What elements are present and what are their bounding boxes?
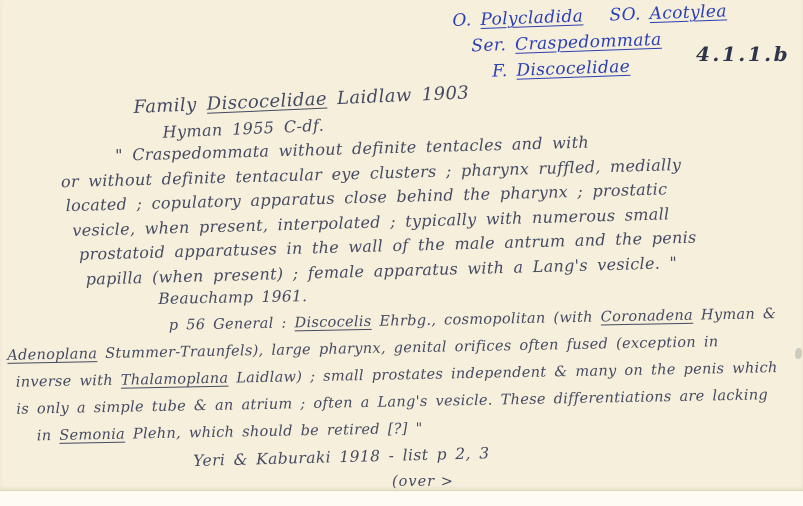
suborder-abbrev: SO. (609, 4, 641, 25)
title-name: Discocelidae (206, 89, 327, 115)
hyman-definition-quote: " Craspedommata without definite tentacl… (0, 125, 803, 294)
series-name: Craspedommata (515, 30, 662, 55)
text-segment: Ehrbg., cosmopolitan (with (371, 309, 600, 329)
title-authority: Laidlaw 1903 (326, 82, 469, 109)
index-card: O. Polycladida SO. Acotylea Ser. Crasped… (0, 0, 803, 491)
order-name: Polycladida (480, 6, 583, 30)
text-segment: Hyman & (693, 306, 776, 324)
genus-coronadena: Coronadena (601, 308, 694, 326)
family-name: Discocelidae (516, 57, 631, 81)
index-code: 4.1.1.b (696, 42, 790, 66)
title-rank: Family (133, 94, 207, 118)
beauchamp-section: Beauchamp 1961. p 56 General : Discoceli… (0, 273, 803, 451)
suborder-name: Acotylea (649, 1, 727, 24)
scanned-page: O. Polycladida SO. Acotylea Ser. Crasped… (0, 0, 803, 506)
text-segment: p 56 General : (169, 315, 295, 333)
series-abbrev: Ser. (471, 35, 507, 56)
text-segment: inverse with (16, 373, 121, 391)
classification-header: O. Polycladida SO. Acotylea Ser. Crasped… (452, 0, 729, 86)
over-note: (over > (392, 474, 454, 490)
text-segment: Plehn, which should be retired [?] " (125, 421, 423, 443)
genus-discocelis: Discocelis (294, 314, 371, 331)
genus-adenoplana: Adenoplana (7, 346, 97, 364)
scan-smudge (795, 348, 802, 359)
genus-thalamoplana: Thalamoplana (121, 371, 229, 389)
order-abbrev: O. (452, 10, 472, 31)
text-segment: in (37, 428, 60, 444)
genus-semonia: Semonia (59, 427, 125, 444)
text-segment: Laidlaw) ; small prostates independent &… (228, 360, 778, 387)
reference-note: Yeri & Kaburaki 1918 - list p 2, 3 (193, 444, 490, 470)
family-abbrev: F. (492, 61, 508, 82)
